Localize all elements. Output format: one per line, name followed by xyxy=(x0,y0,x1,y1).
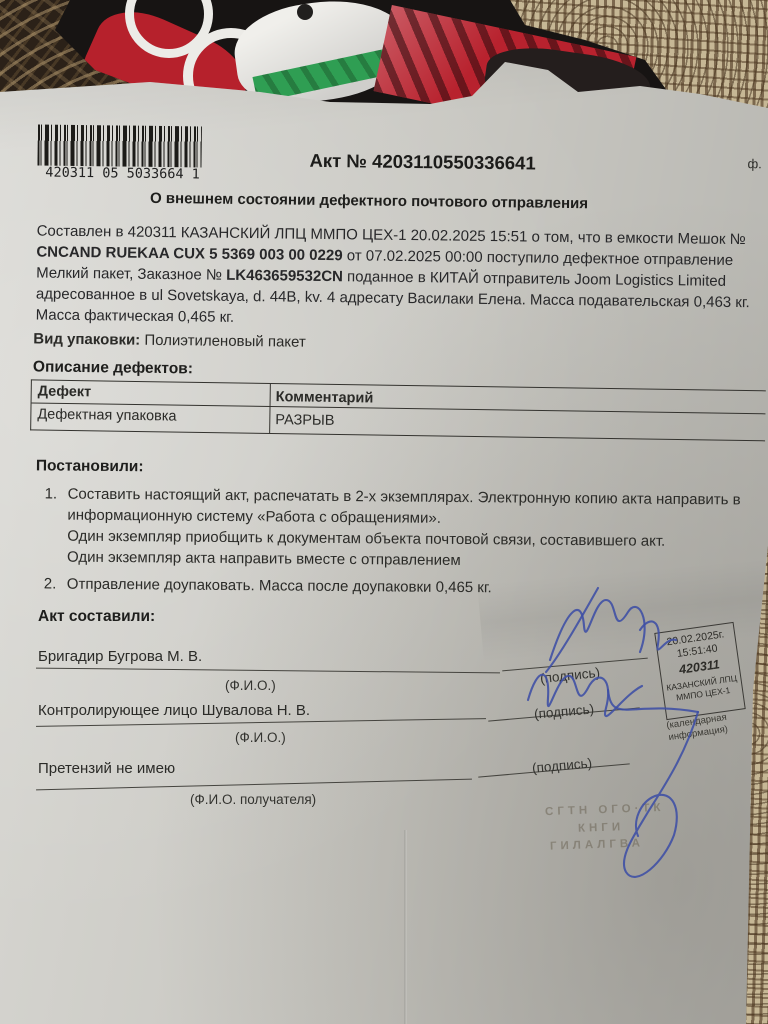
datetime-stamp: 20.02.2025г. 15:51:40 420311 КАЗАНСКИЙ Л… xyxy=(654,622,745,720)
fio-caption: (Ф.И.О.) xyxy=(225,678,276,693)
fio-caption: (Ф.И.О. получателя) xyxy=(190,792,316,807)
fio-line xyxy=(36,718,486,727)
signer-name: Бригадир Бугрова М. В. xyxy=(38,648,202,665)
sign-caption: (подпись) xyxy=(539,665,600,686)
fio-line xyxy=(36,779,472,791)
signer-name: Претензий не имею xyxy=(38,760,175,777)
fio-line xyxy=(36,668,500,674)
fio-caption: (Ф.И.О.) xyxy=(235,730,286,745)
signers-heading: Акт составили: xyxy=(38,608,155,626)
bleed-through-text: КНГИ xyxy=(578,821,625,835)
sign-caption: (подпись) xyxy=(533,701,594,721)
sign-caption: (подпись) xyxy=(531,755,592,775)
signatures-section: Акт составили: Бригадир Бугрова М. В. (Ф… xyxy=(0,0,768,1024)
signer-name: Контролирующее лицо Шувалова Н. В. xyxy=(38,702,310,719)
